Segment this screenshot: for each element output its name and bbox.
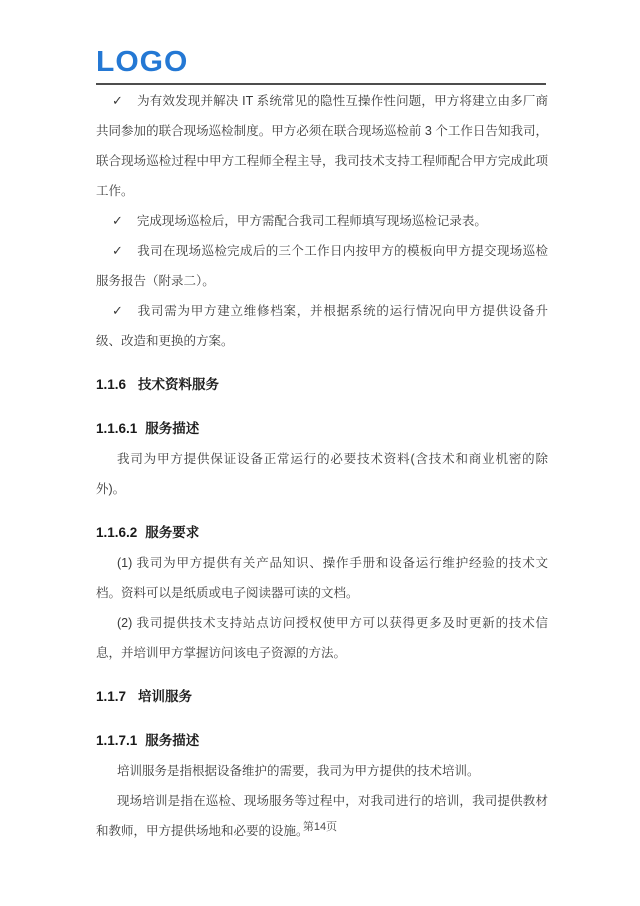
section-title: 服务要求 (145, 525, 199, 540)
bullet-text: 我司在现场巡检完成后的三个工作日内按甲方的模板向甲方提交现场巡检服务报告（附录二… (96, 244, 548, 288)
section-title: 技术资料服务 (138, 377, 219, 392)
section-heading-1-1-6: 1.1.6技术资料服务 (96, 370, 548, 400)
section-heading-1-1-6-2: 1.1.6.2服务要求 (96, 518, 548, 548)
document-body: ✓为有效发现并解决 IT 系统常见的隐性互操作性问题，甲方将建立由多厂商共同参加… (0, 85, 640, 846)
section-title: 培训服务 (138, 689, 192, 704)
bullet-item: ✓我司需为甲方建立维修档案，并根据系统的运行情况向甲方提供设备升级、改造和更换的… (96, 296, 548, 356)
section-number: 1.1.7 (96, 689, 126, 704)
bullet-item: ✓为有效发现并解决 IT 系统常见的隐性互操作性问题，甲方将建立由多厂商共同参加… (96, 86, 548, 206)
section-heading-1-1-7-1: 1.1.7.1服务描述 (96, 726, 548, 756)
check-icon: ✓ (112, 206, 123, 236)
section-title: 服务描述 (145, 733, 199, 748)
document-page: LOGO ✓为有效发现并解决 IT 系统常见的隐性互操作性问题，甲方将建立由多厂… (0, 0, 640, 906)
section-number: 1.1.7.1 (96, 733, 137, 748)
bullet-text: 我司需为甲方建立维修档案，并根据系统的运行情况向甲方提供设备升级、改造和更换的方… (96, 304, 548, 348)
section-heading-1-1-6-1: 1.1.6.1服务描述 (96, 414, 548, 444)
paragraph: 现场培训是指在巡检、现场服务等过程中，对我司进行的培训，我司提供教材和教师，甲方… (96, 786, 548, 846)
paragraph: (2) 我司提供技术支持站点访问授权使甲方可以获得更多及时更新的技术信息，并培训… (96, 608, 548, 668)
company-logo: LOGO (96, 46, 548, 79)
check-icon: ✓ (112, 236, 123, 266)
bullet-item: ✓完成现场巡检后，甲方需配合我司工程师填写现场巡检记录表。 (96, 206, 548, 236)
check-icon: ✓ (112, 296, 123, 326)
bullet-text: 为有效发现并解决 IT 系统常见的隐性互操作性问题，甲方将建立由多厂商共同参加的… (96, 94, 548, 198)
bullet-text: 完成现场巡检后，甲方需配合我司工程师填写现场巡检记录表。 (137, 214, 487, 228)
section-number: 1.1.6 (96, 377, 126, 392)
document-header: LOGO (0, 0, 640, 85)
paragraph: (1) 我司为甲方提供有关产品知识、操作手册和设备运行维护经验的技术文档。资料可… (96, 548, 548, 608)
check-icon: ✓ (112, 86, 123, 116)
section-number: 1.1.6.1 (96, 421, 137, 436)
section-heading-1-1-7: 1.1.7培训服务 (96, 682, 548, 712)
page-footer: 第14页 (0, 818, 640, 834)
page-number: 第14页 (303, 821, 337, 833)
section-title: 服务描述 (145, 421, 199, 436)
paragraph: 我司为甲方提供保证设备正常运行的必要技术资料(含技术和商业机密的除外)。 (96, 444, 548, 504)
paragraph: 培训服务是指根据设备维护的需要，我司为甲方提供的技术培训。 (96, 756, 548, 786)
section-number: 1.1.6.2 (96, 525, 137, 540)
bullet-item: ✓我司在现场巡检完成后的三个工作日内按甲方的模板向甲方提交现场巡检服务报告（附录… (96, 236, 548, 296)
